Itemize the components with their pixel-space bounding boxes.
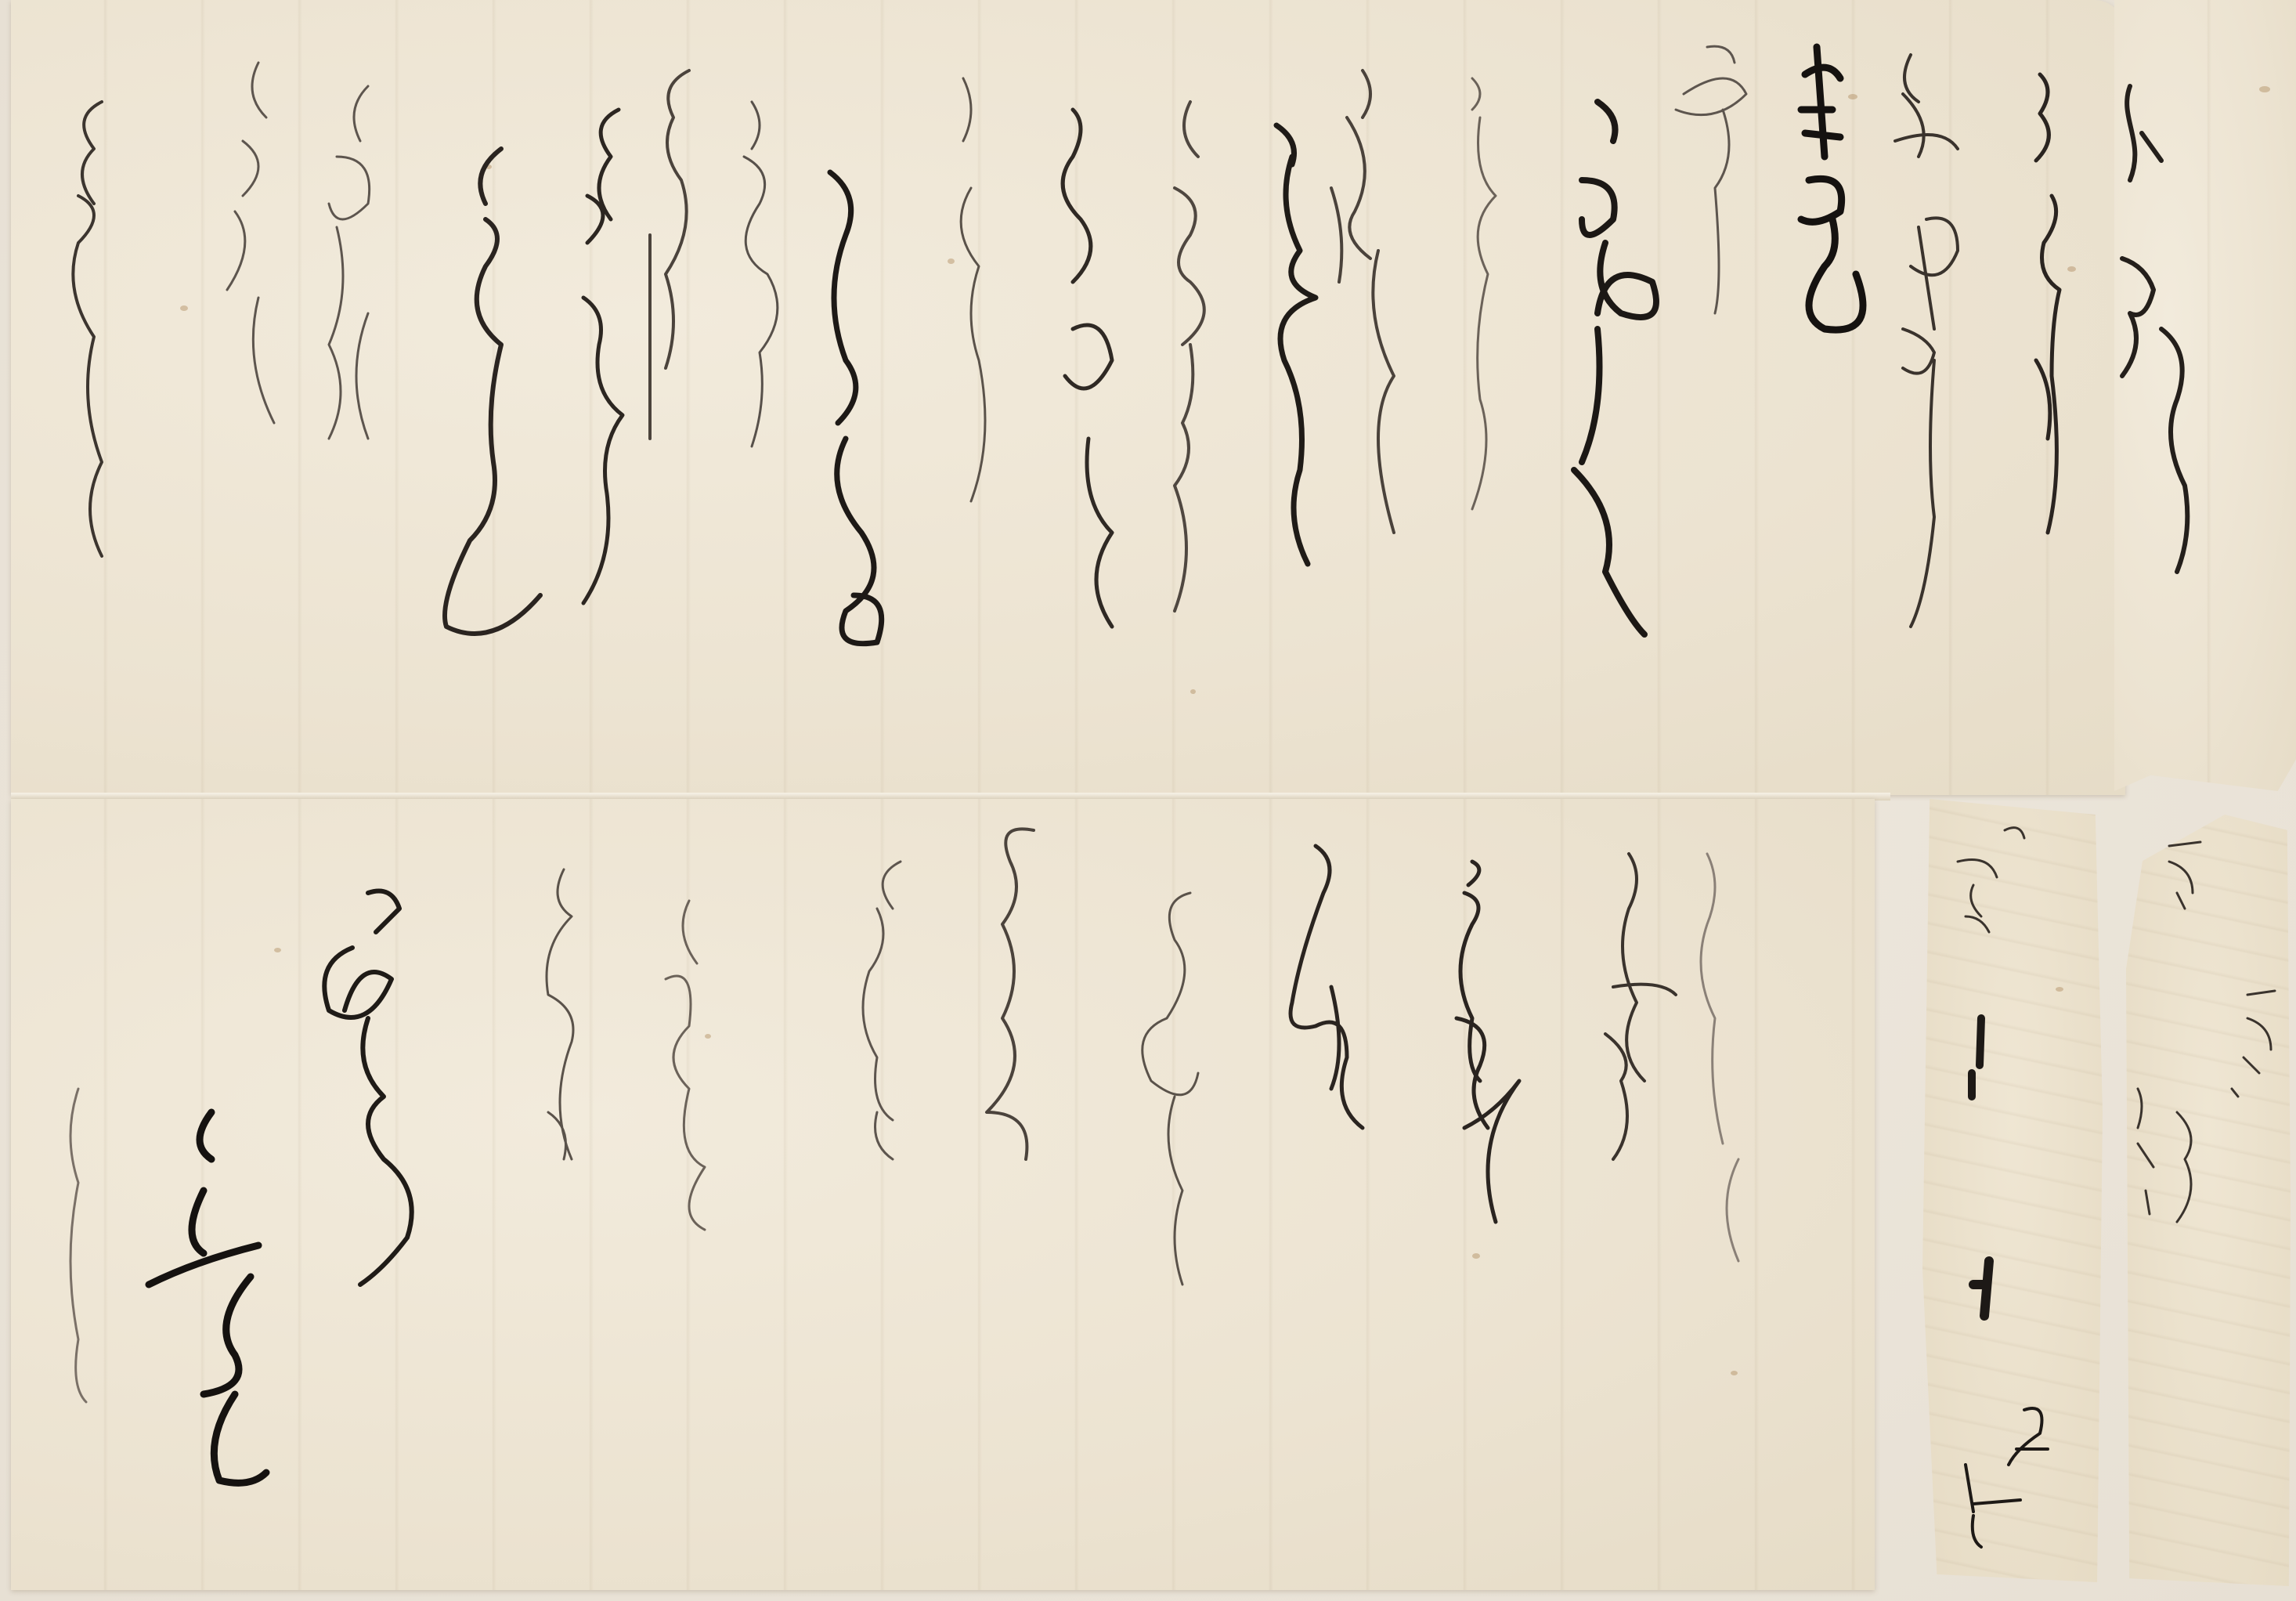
foxing-spot	[705, 1034, 711, 1039]
foxing-spot	[1190, 689, 1196, 694]
foxing-spot	[948, 258, 955, 264]
letter-lower-panel	[11, 799, 1875, 1590]
foxing-spot	[1472, 1253, 1480, 1259]
letter-upper-right-edge	[2114, 0, 2296, 791]
foxing-spot	[180, 305, 188, 311]
foxing-spot	[1848, 94, 1857, 99]
foxing-spot	[486, 164, 492, 169]
foxing-spot	[2056, 987, 2063, 992]
foxing-spot	[274, 948, 281, 952]
letter-upper-panel	[11, 0, 2125, 795]
detached-strip-right	[2126, 815, 2291, 1586]
foxing-spot	[2259, 86, 2270, 92]
foxing-spot	[1731, 1371, 1738, 1375]
foxing-spot	[2067, 266, 2076, 272]
detached-strip-left	[1922, 799, 2103, 1582]
